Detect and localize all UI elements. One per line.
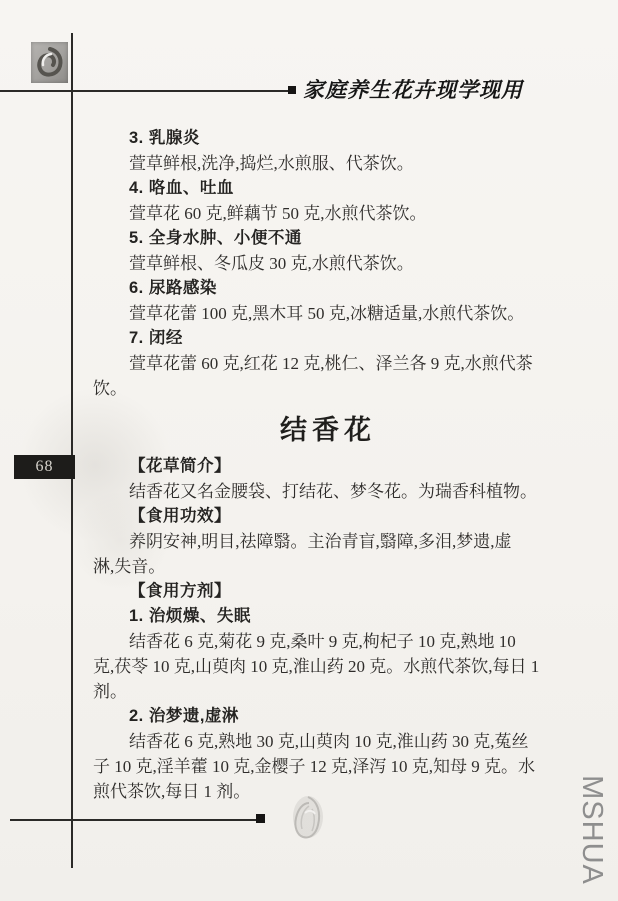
book-page: 家庭养生花卉现学现用 68 3. 乳腺炎 萱草鲜根,洗净,捣烂,水煎服、代茶饮。… xyxy=(0,0,618,901)
text-column: 3. 乳腺炎 萱草鲜根,洗净,捣烂,水煎服、代茶饮。 4. 咯血、吐血 萱草花 … xyxy=(93,126,563,804)
section-title: 结香花 xyxy=(93,401,563,454)
remedy-line: 萱草鲜根、冬瓜皮 30 克,水煎代茶饮。 xyxy=(93,251,563,276)
remedy-heading: 4. 咯血、吐血 xyxy=(93,176,563,201)
subsection-label: 【食用方剂】 xyxy=(93,579,563,604)
header-rule xyxy=(0,90,289,92)
body-line: 结香花又名金腰袋、打结花、梦冬花。为瑞香科植物。 xyxy=(93,479,563,504)
footer-rule xyxy=(10,819,257,821)
body-line: 养阴安神,明目,祛障翳。主治青盲,翳障,多泪,梦遗,虚 xyxy=(93,529,563,554)
recipe-line: 结香花 6 克,熟地 30 克,山萸肉 10 克,淮山药 30 克,菟丝 xyxy=(93,729,563,754)
mshua-watermark: MSHUA xyxy=(575,775,609,885)
remedy-heading: 7. 闭经 xyxy=(93,326,563,351)
recipe-line: 结香花 6 克,菊花 9 克,桑叶 9 克,枸杞子 10 克,熟地 10 xyxy=(93,629,563,654)
remedy-line: 萱草花蕾 60 克,红花 12 克,桃仁、泽兰各 9 克,水煎代茶 xyxy=(93,351,563,376)
left-vertical-rule xyxy=(71,33,73,868)
leaf-ornament-icon xyxy=(288,791,330,850)
recipe-heading: 2. 治梦遗,虚淋 xyxy=(93,704,563,729)
subsection-label: 【花草简介】 xyxy=(93,454,563,479)
subsection-label: 【食用功效】 xyxy=(93,504,563,529)
remedy-line: 萱草花 60 克,鲜藕节 50 克,水煎代茶饮。 xyxy=(93,201,563,226)
recipe-line: 克,茯苓 10 克,山萸肉 10 克,淮山药 20 克。水煎代茶饮,每日 1 xyxy=(93,654,563,679)
remedy-line: 萱草鲜根,洗净,捣烂,水煎服、代茶饮。 xyxy=(93,151,563,176)
body-line: 淋,失音。 xyxy=(93,554,563,579)
publisher-logo xyxy=(31,42,68,83)
running-head-title: 家庭养生花卉现学现用 xyxy=(303,75,523,105)
remedy-line: 萱草花蕾 100 克,黑木耳 50 克,冰糖适量,水煎代茶饮。 xyxy=(93,301,563,326)
recipe-line: 子 10 克,淫羊藿 10 克,金樱子 12 克,泽泻 10 克,知母 9 克。… xyxy=(93,754,563,779)
page-number-badge: 68 xyxy=(14,455,75,479)
recipe-line: 剂。 xyxy=(93,679,563,704)
footer-bullet-square xyxy=(256,814,265,823)
remedy-heading: 3. 乳腺炎 xyxy=(93,126,563,151)
remedy-line: 饮。 xyxy=(93,376,563,401)
remedy-heading: 5. 全身水肿、小便不通 xyxy=(93,226,563,251)
leaf-swirl-icon xyxy=(33,45,66,80)
remedy-heading: 6. 尿路感染 xyxy=(93,276,563,301)
recipe-heading: 1. 治烦燥、失眠 xyxy=(93,604,563,629)
header-bullet-square xyxy=(288,86,296,94)
